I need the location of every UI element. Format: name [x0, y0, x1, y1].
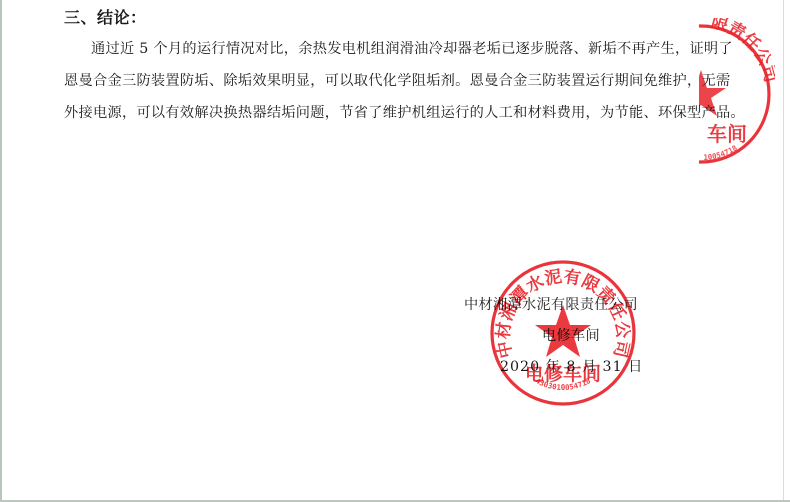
paragraph-line-3: 外接电源，可以有效解决换热器结垢问题，节省了维护机组运行的人工和材料费用，为节能… — [64, 104, 745, 122]
document-page: 三、结论： 通过近 5 个月的运行情况对比，余热发电机组润滑油冷却器老垢已逐步脱… — [2, 0, 783, 500]
signature-date: 2020 年 8 月 31 日 — [500, 358, 643, 376]
paragraph-line-2: 恩曼合金三防装置防垢、除垢效果明显，可以取代化学阻垢剂。恩曼合金三防装置运行期间… — [64, 72, 730, 90]
page-edge-divider — [783, 0, 784, 500]
paragraph-line-1: 通过近 5 个月的运行情况对比，余热发电机组润滑油冷却器老垢已逐步脱落、新垢不再… — [91, 40, 733, 58]
signature-company: 中材湘潭水泥有限责任公司 — [464, 296, 638, 314]
signature-department: 电修车间 — [542, 327, 600, 345]
section-heading: 三、结论： — [64, 8, 147, 28]
